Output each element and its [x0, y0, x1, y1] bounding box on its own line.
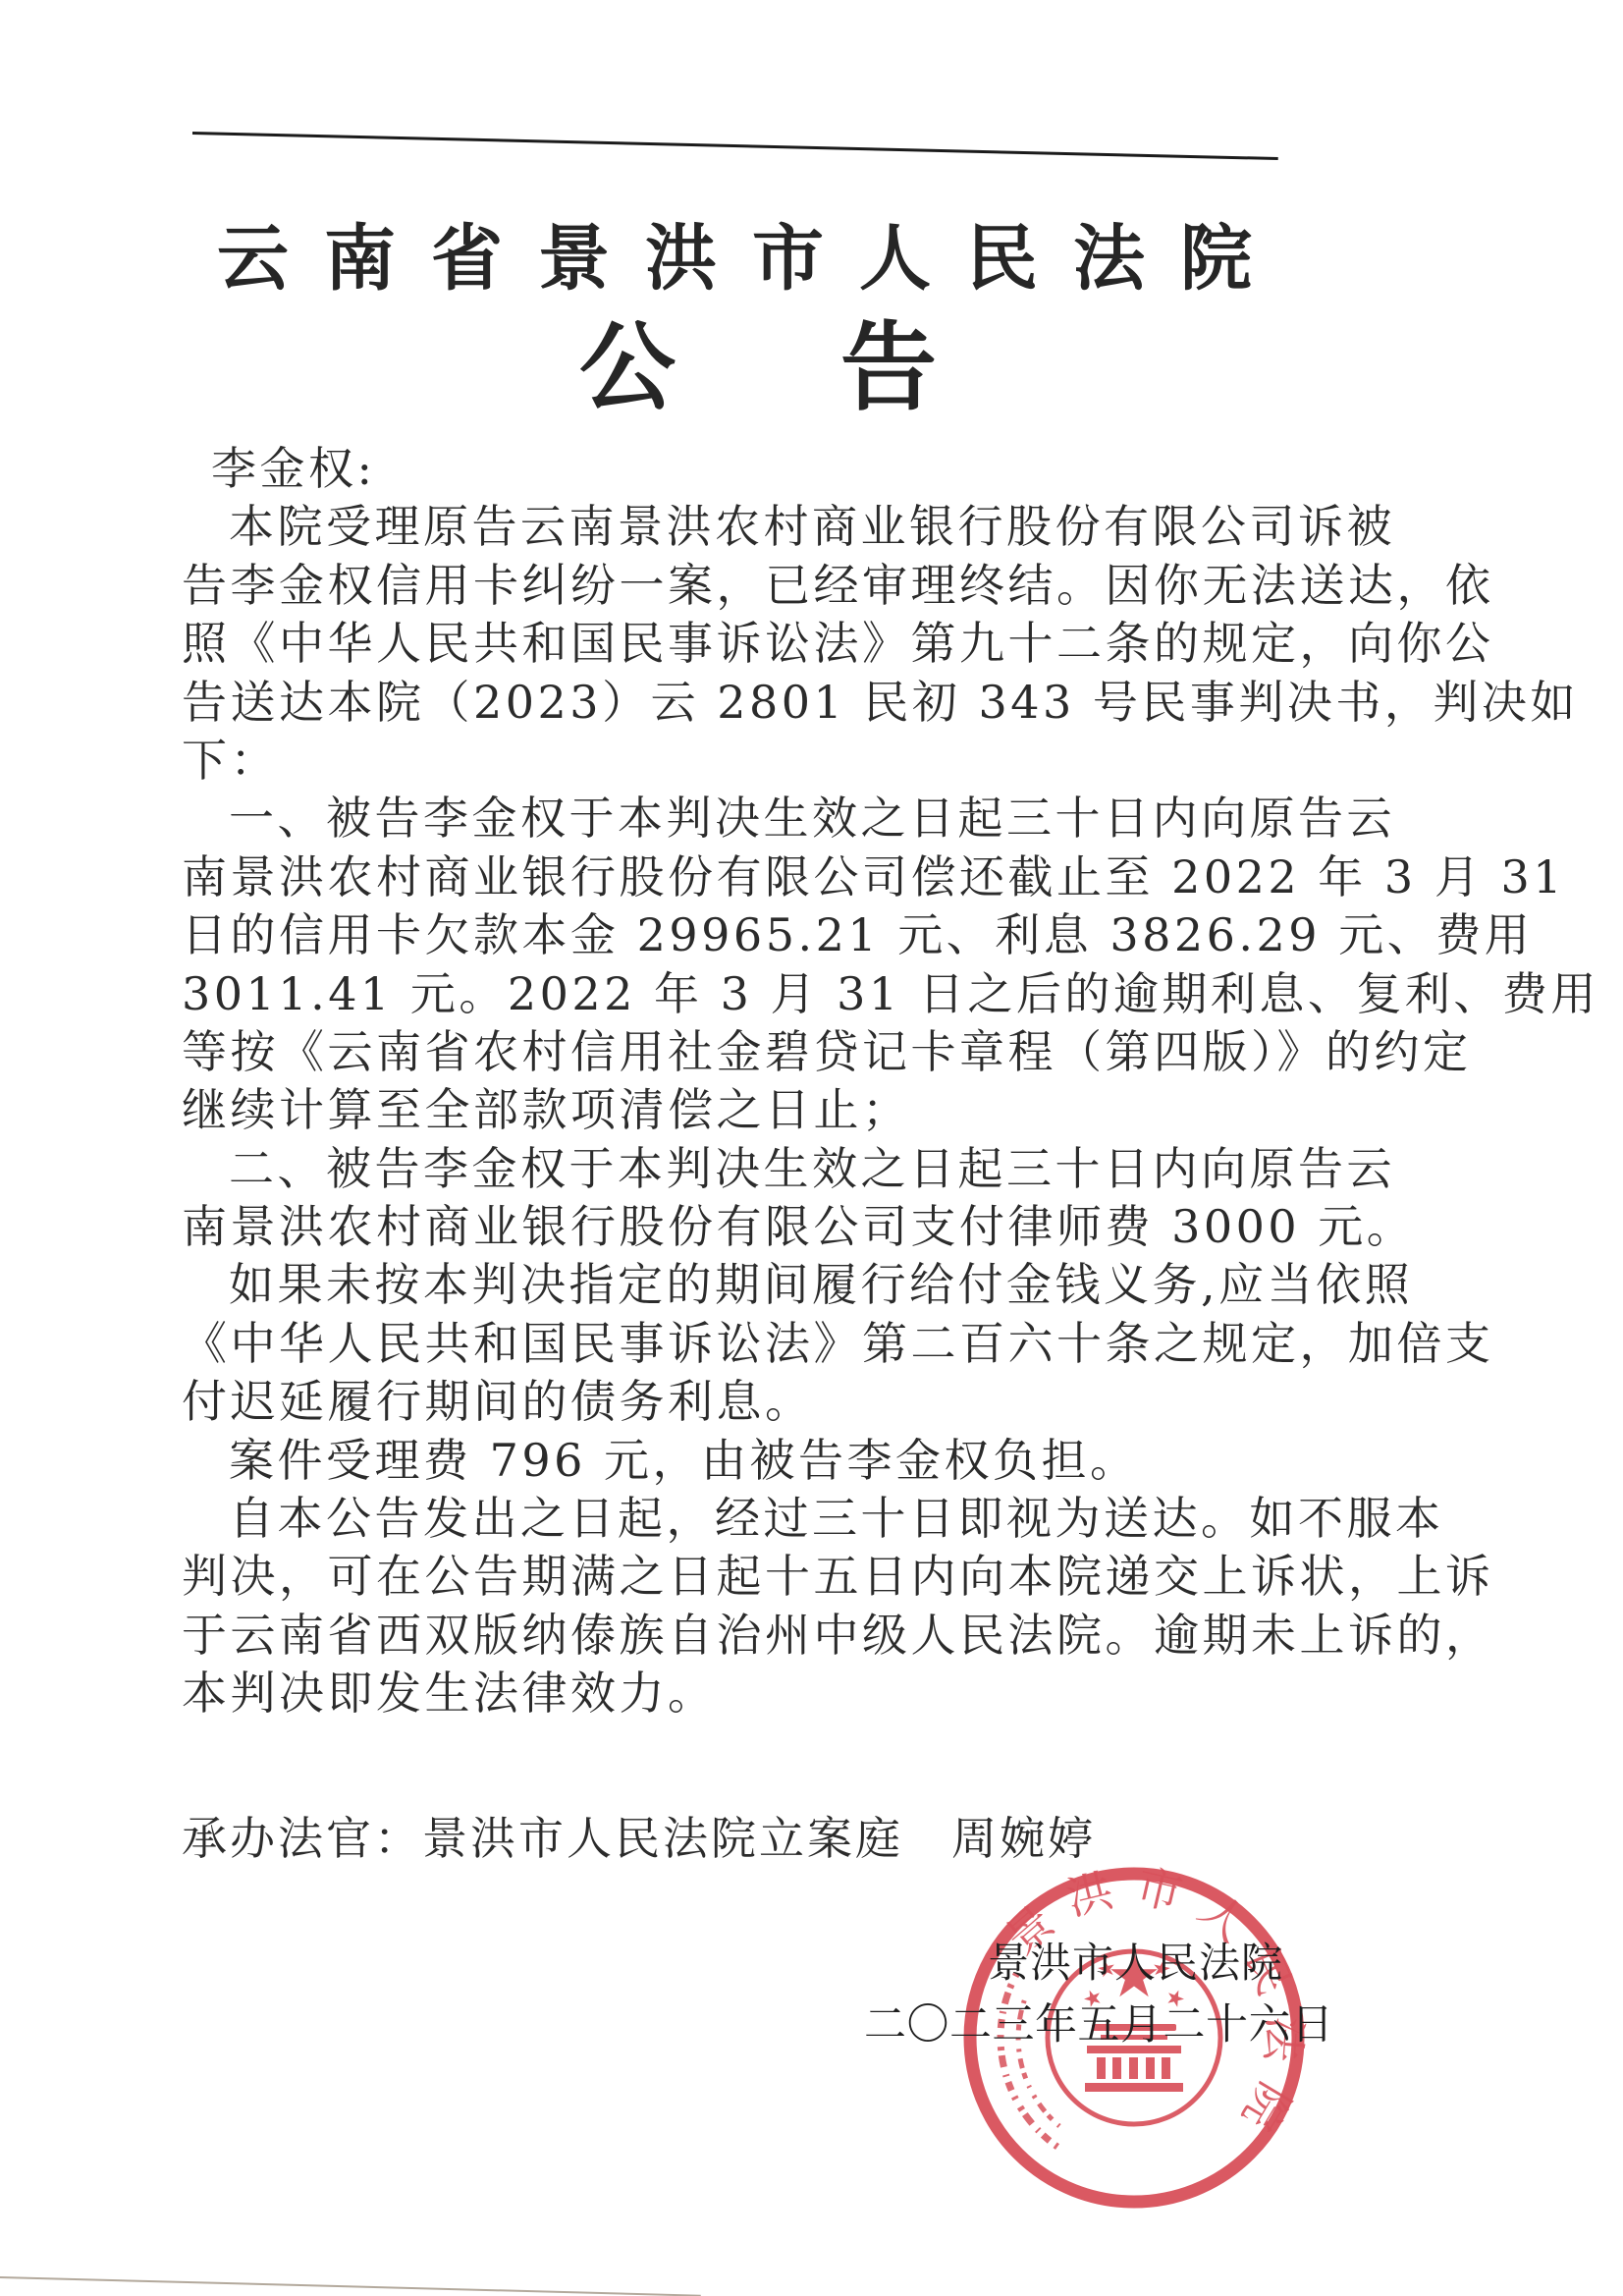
body-line: 南景洪农村商业银行股份有限公司支付律师费 3000 元。: [182, 1198, 1599, 1256]
judge-line: 承办法官：景洪市人民法院立案庭 周婉婷: [182, 1803, 1096, 1868]
body-line: 《中华人民共和国民事诉讼法》第二百六十条之规定，加倍支: [182, 1315, 1599, 1373]
body-line: 继续计算至全部款项清偿之日止；: [182, 1081, 1599, 1139]
body-line: 等按《云南省农村信用社金碧贷记卡章程（第四版）》的约定: [182, 1023, 1599, 1081]
body-line: 南景洪农村商业银行股份有限公司偿还截止至 2022 年 3 月 31: [182, 848, 1599, 906]
body-line: 告送达本院（2023）云 2801 民初 343 号民事判决书，判决如: [182, 674, 1599, 732]
body-line: 案件受理费 796 元，由被告李金权负担。: [182, 1432, 1599, 1490]
bottom-scan-line: [0, 2276, 701, 2296]
body-line: 照《中华人民共和国民事诉讼法》第九十二条的规定，向你公: [182, 615, 1599, 673]
body-line: 本判决即发生法律效力。: [182, 1665, 1599, 1722]
body-line: 自本公告发出之日起，经过三十日即视为送达。如不服本: [182, 1490, 1599, 1548]
body-line: 于云南省西双版纳傣族自治州中级人民法院。逾期未上诉的，: [182, 1607, 1599, 1665]
body-line: 付迟延履行期间的债务利息。: [182, 1373, 1599, 1431]
signature-date: 二〇二三年五月二十六日: [864, 1992, 1334, 2051]
top-scan-rule: [192, 132, 1278, 160]
body-line: 日的信用卡欠款本金 29965.21 元、利息 3826.29 元、费用: [182, 906, 1599, 964]
body-line: 3011.41 元。2022 年 3 月 31 日之后的逾期利息、复利、费用: [182, 965, 1599, 1023]
notice-title-char: 公: [579, 291, 676, 429]
body-line: 二、被告李金权于本判决生效之日起三十日内向原告云: [182, 1140, 1599, 1198]
notice-title: 公 告: [0, 291, 1516, 429]
body-line: 告李金权信用卡纠纷一案，已经审理终结。因你无法送达，依: [182, 557, 1599, 615]
notice-title-char: 告: [840, 291, 937, 429]
body-line: 本院受理原告云南景洪农村商业银行股份有限公司诉被: [182, 498, 1599, 556]
body-line: 如果未按本判决指定的期间履行给付金钱义务,应当依照: [182, 1256, 1599, 1314]
body-line: 下：: [182, 732, 1599, 790]
body-line: 一、被告李金权于本判决生效之日起三十日内向原告云: [182, 790, 1599, 847]
court-title: 云南省景洪市人民法院: [0, 200, 1504, 303]
body-line: 李金权:: [182, 440, 1599, 498]
signature-court-name: 景洪市人民法院: [988, 1931, 1283, 1990]
body-line: 判决，可在公告期满之日起十五日内向本院递交上诉状，上诉: [182, 1548, 1599, 1606]
court-notice-page: 云南省景洪市人民法院 公 告 李金权:本院受理原告云南景洪农村商业银行股份有限公…: [0, 0, 1623, 2296]
notice-body: 李金权:本院受理原告云南景洪农村商业银行股份有限公司诉被告李金权信用卡纠纷一案，…: [182, 440, 1599, 1723]
